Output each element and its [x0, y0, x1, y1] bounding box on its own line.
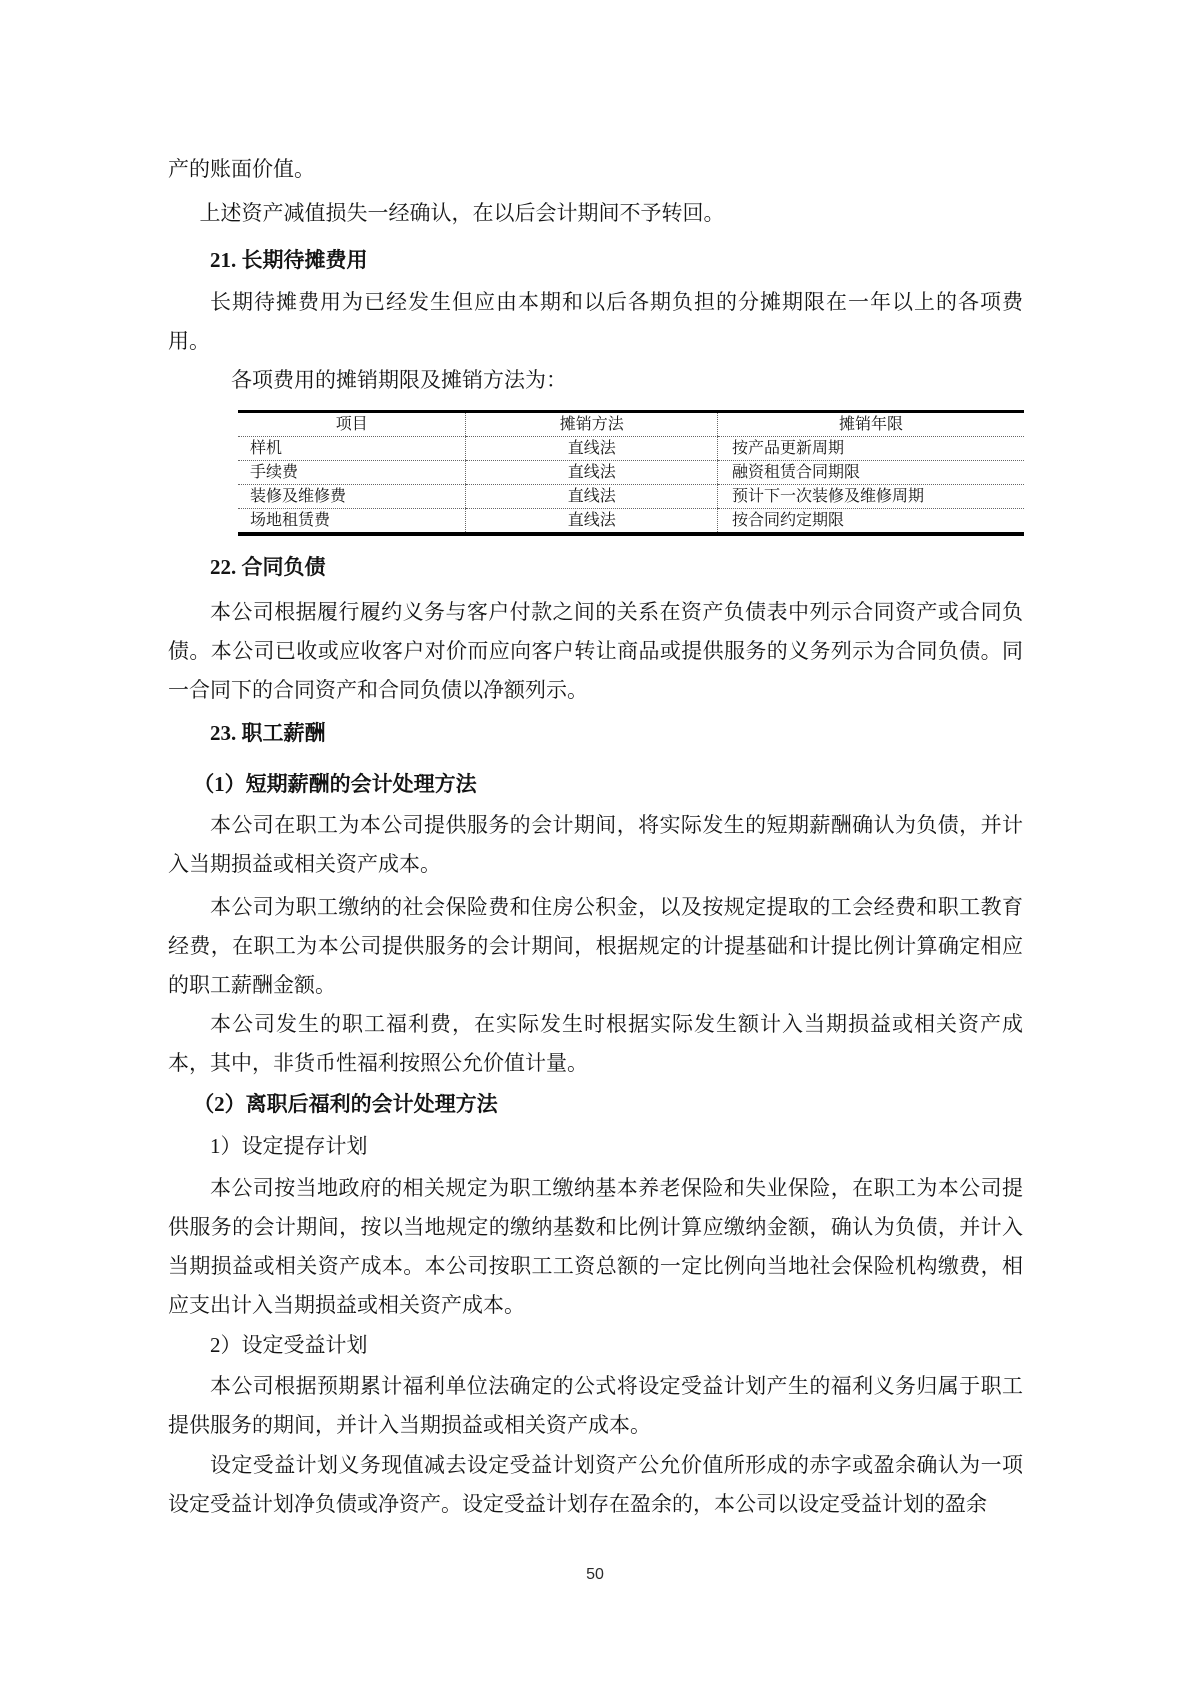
table-cell-item: 场地租赁费 [238, 509, 466, 535]
table-cell-item: 装修及维修费 [238, 485, 466, 509]
page-number: 50 [0, 1566, 1190, 1584]
paragraph-table-intro: 各项费用的摊销期限及摊销方法为： [168, 361, 1023, 400]
paragraph-23-1b: 本公司为职工缴纳的社会保险费和住房公积金，以及按规定提取的工会经费和职工教育经费… [168, 888, 1023, 1005]
table-row: 场地租赁费 直线法 按合同约定期限 [238, 509, 1024, 535]
paragraph-impairment: 上述资产减值损失一经确认，在以后会计期间不予转回。 [168, 194, 1023, 233]
amortization-table-header: 项目 摊销方法 摊销年限 [238, 412, 1024, 437]
document-page: 产的账面价值。 上述资产减值损失一经确认，在以后会计期间不予转回。 21. 长期… [0, 0, 1190, 1683]
section-heading-21: 21. 长期待摊费用 [168, 241, 1023, 280]
table-cell-period: 按合同约定期限 [717, 509, 1024, 535]
paragraph-23-2b: 本公司根据预期累计福利单位法确定的公式将设定受益计划产生的福利义务归属于职工提供… [168, 1367, 1023, 1445]
paragraph-23-1a: 本公司在职工为本公司提供服务的会计期间，将实际发生的短期薪酬确认为负债，并计入当… [168, 806, 1023, 884]
paragraph-23-2a: 本公司按当地政府的相关规定为职工缴纳基本养老保险和失业保险，在职工为本公司提供服… [168, 1169, 1023, 1325]
paragraph-carryover: 产的账面价值。 [168, 150, 1023, 189]
subsection-heading-23-2: （2）离职后福利的会计处理方法 [168, 1085, 1023, 1124]
column-header-item: 项目 [238, 412, 466, 437]
table-header-row: 项目 摊销方法 摊销年限 [238, 412, 1024, 437]
paragraph-23-2c: 设定受益计划义务现值减去设定受益计划资产公允价值所形成的赤字或盈余确认为一项设定… [168, 1446, 1023, 1524]
table-row: 手续费 直线法 融资租赁合同期限 [238, 461, 1024, 485]
column-header-method: 摊销方法 [466, 412, 718, 437]
list-item-defined-benefit: 2）设定受益计划 [168, 1326, 1023, 1365]
section-heading-23: 23. 职工薪酬 [168, 714, 1023, 753]
table-cell-method: 直线法 [466, 437, 718, 461]
list-item-defined-contribution: 1）设定提存计划 [168, 1127, 1023, 1166]
table-cell-method: 直线法 [466, 485, 718, 509]
paragraph-22-1: 本公司根据履行履约义务与客户付款之间的关系在资产负债表中列示合同资产或合同负债。… [168, 593, 1023, 710]
table-row: 装修及维修费 直线法 预计下一次装修及维修周期 [238, 485, 1024, 509]
table-cell-item: 手续费 [238, 461, 466, 485]
column-header-period: 摊销年限 [717, 412, 1024, 437]
section-heading-22: 22. 合同负债 [168, 548, 1023, 587]
page-body: 产的账面价值。 上述资产减值损失一经确认，在以后会计期间不予转回。 21. 长期… [168, 150, 1023, 1524]
table-cell-method: 直线法 [466, 509, 718, 535]
table-cell-item: 样机 [238, 437, 466, 461]
table-cell-period: 预计下一次装修及维修周期 [717, 485, 1024, 509]
table-cell-method: 直线法 [466, 461, 718, 485]
table-cell-period: 按产品更新周期 [717, 437, 1024, 461]
subsection-heading-23-1: （1）短期薪酬的会计处理方法 [168, 765, 1023, 804]
paragraph-21-1: 长期待摊费用为已经发生但应由本期和以后各期负担的分摊期限在一年以上的各项费用。 [168, 283, 1023, 361]
amortization-table: 项目 摊销方法 摊销年限 样机 直线法 按产品更新周期 手续费 直线法 融资租赁… [238, 410, 1024, 536]
table-row: 样机 直线法 按产品更新周期 [238, 437, 1024, 461]
paragraph-23-1c: 本公司发生的职工福利费，在实际发生时根据实际发生额计入当期损益或相关资产成本，其… [168, 1005, 1023, 1083]
table-cell-period: 融资租赁合同期限 [717, 461, 1024, 485]
